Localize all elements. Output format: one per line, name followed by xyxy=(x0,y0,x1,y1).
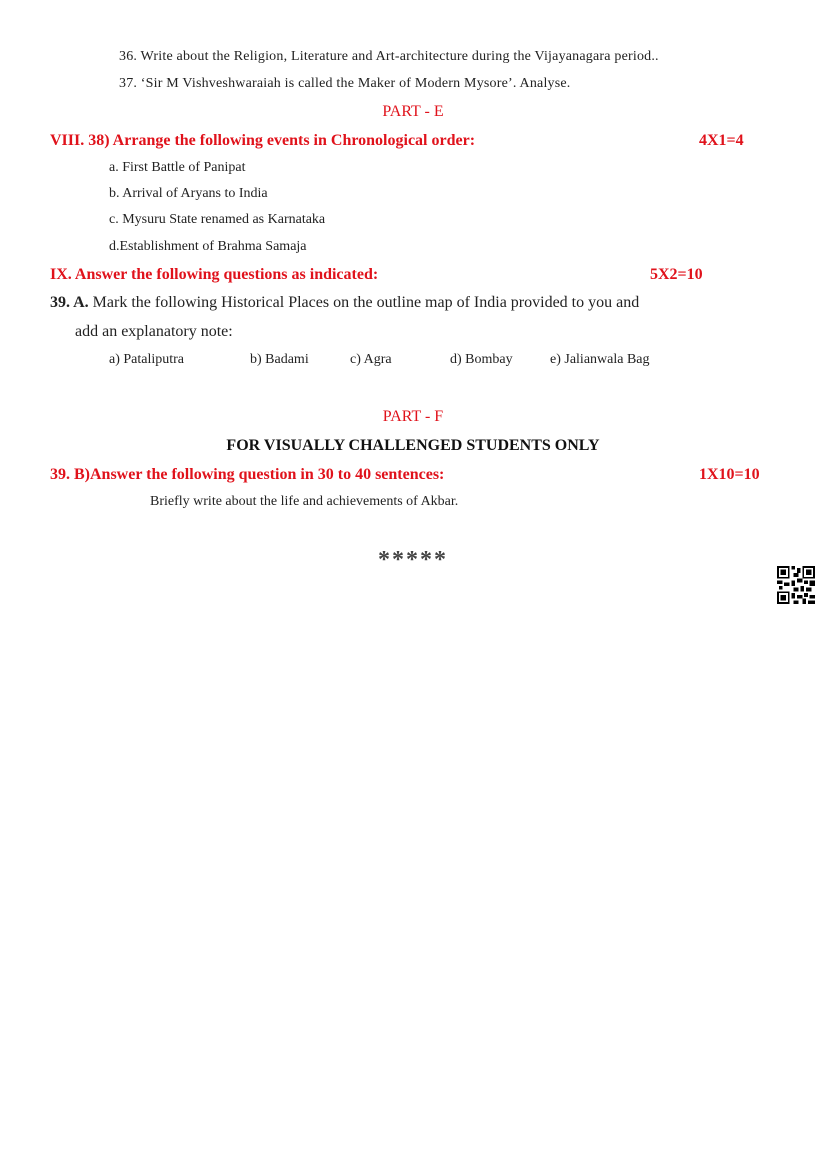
question-39a-text: Mark the following Historical Places on … xyxy=(89,294,640,311)
section-viii-heading: VIII. 38) Arrange the following events i… xyxy=(50,132,475,150)
question-39b-marks: 1X10=10 xyxy=(699,466,760,484)
event-item: a. First Battle of Panipat xyxy=(109,160,245,176)
place-item: a) Pataliputra xyxy=(109,352,184,368)
section-viii-marks: 4X1=4 xyxy=(699,132,744,150)
event-item: b. Arrival of Aryans to India xyxy=(109,186,268,202)
qr-code-icon xyxy=(777,566,815,604)
section-ix-heading: IX. Answer the following questions as in… xyxy=(50,266,378,284)
part-e-title: PART - E xyxy=(0,103,826,121)
part-f-subtitle: FOR VISUALLY CHALLENGED STUDENTS ONLY xyxy=(0,437,826,455)
event-item: c. Mysuru State renamed as Karnataka xyxy=(109,212,325,228)
question-39b-heading: 39. B)Answer the following question in 3… xyxy=(50,466,444,484)
place-item: e) Jalianwala Bag xyxy=(550,352,650,368)
question-39a-text-line2: add an explanatory note: xyxy=(75,323,233,341)
question-39a-number: 39. A. xyxy=(50,294,89,311)
question-36: 36. Write about the Religion, Literature… xyxy=(119,49,659,65)
section-ix-marks: 5X2=10 xyxy=(650,266,703,284)
place-item: b) Badami xyxy=(250,352,309,368)
question-39b-text: Briefly write about the life and achieve… xyxy=(150,494,458,510)
question-37: 37. ‘Sir M Vishveshwaraiah is called the… xyxy=(119,76,571,92)
place-item: c) Agra xyxy=(350,352,392,368)
question-39a: 39. A. Mark the following Historical Pla… xyxy=(50,294,639,312)
end-marker: ***** xyxy=(0,547,826,574)
event-item: d.Establishment of Brahma Samaja xyxy=(109,239,307,255)
part-f-title: PART - F xyxy=(0,408,826,426)
place-item: d) Bombay xyxy=(450,352,513,368)
